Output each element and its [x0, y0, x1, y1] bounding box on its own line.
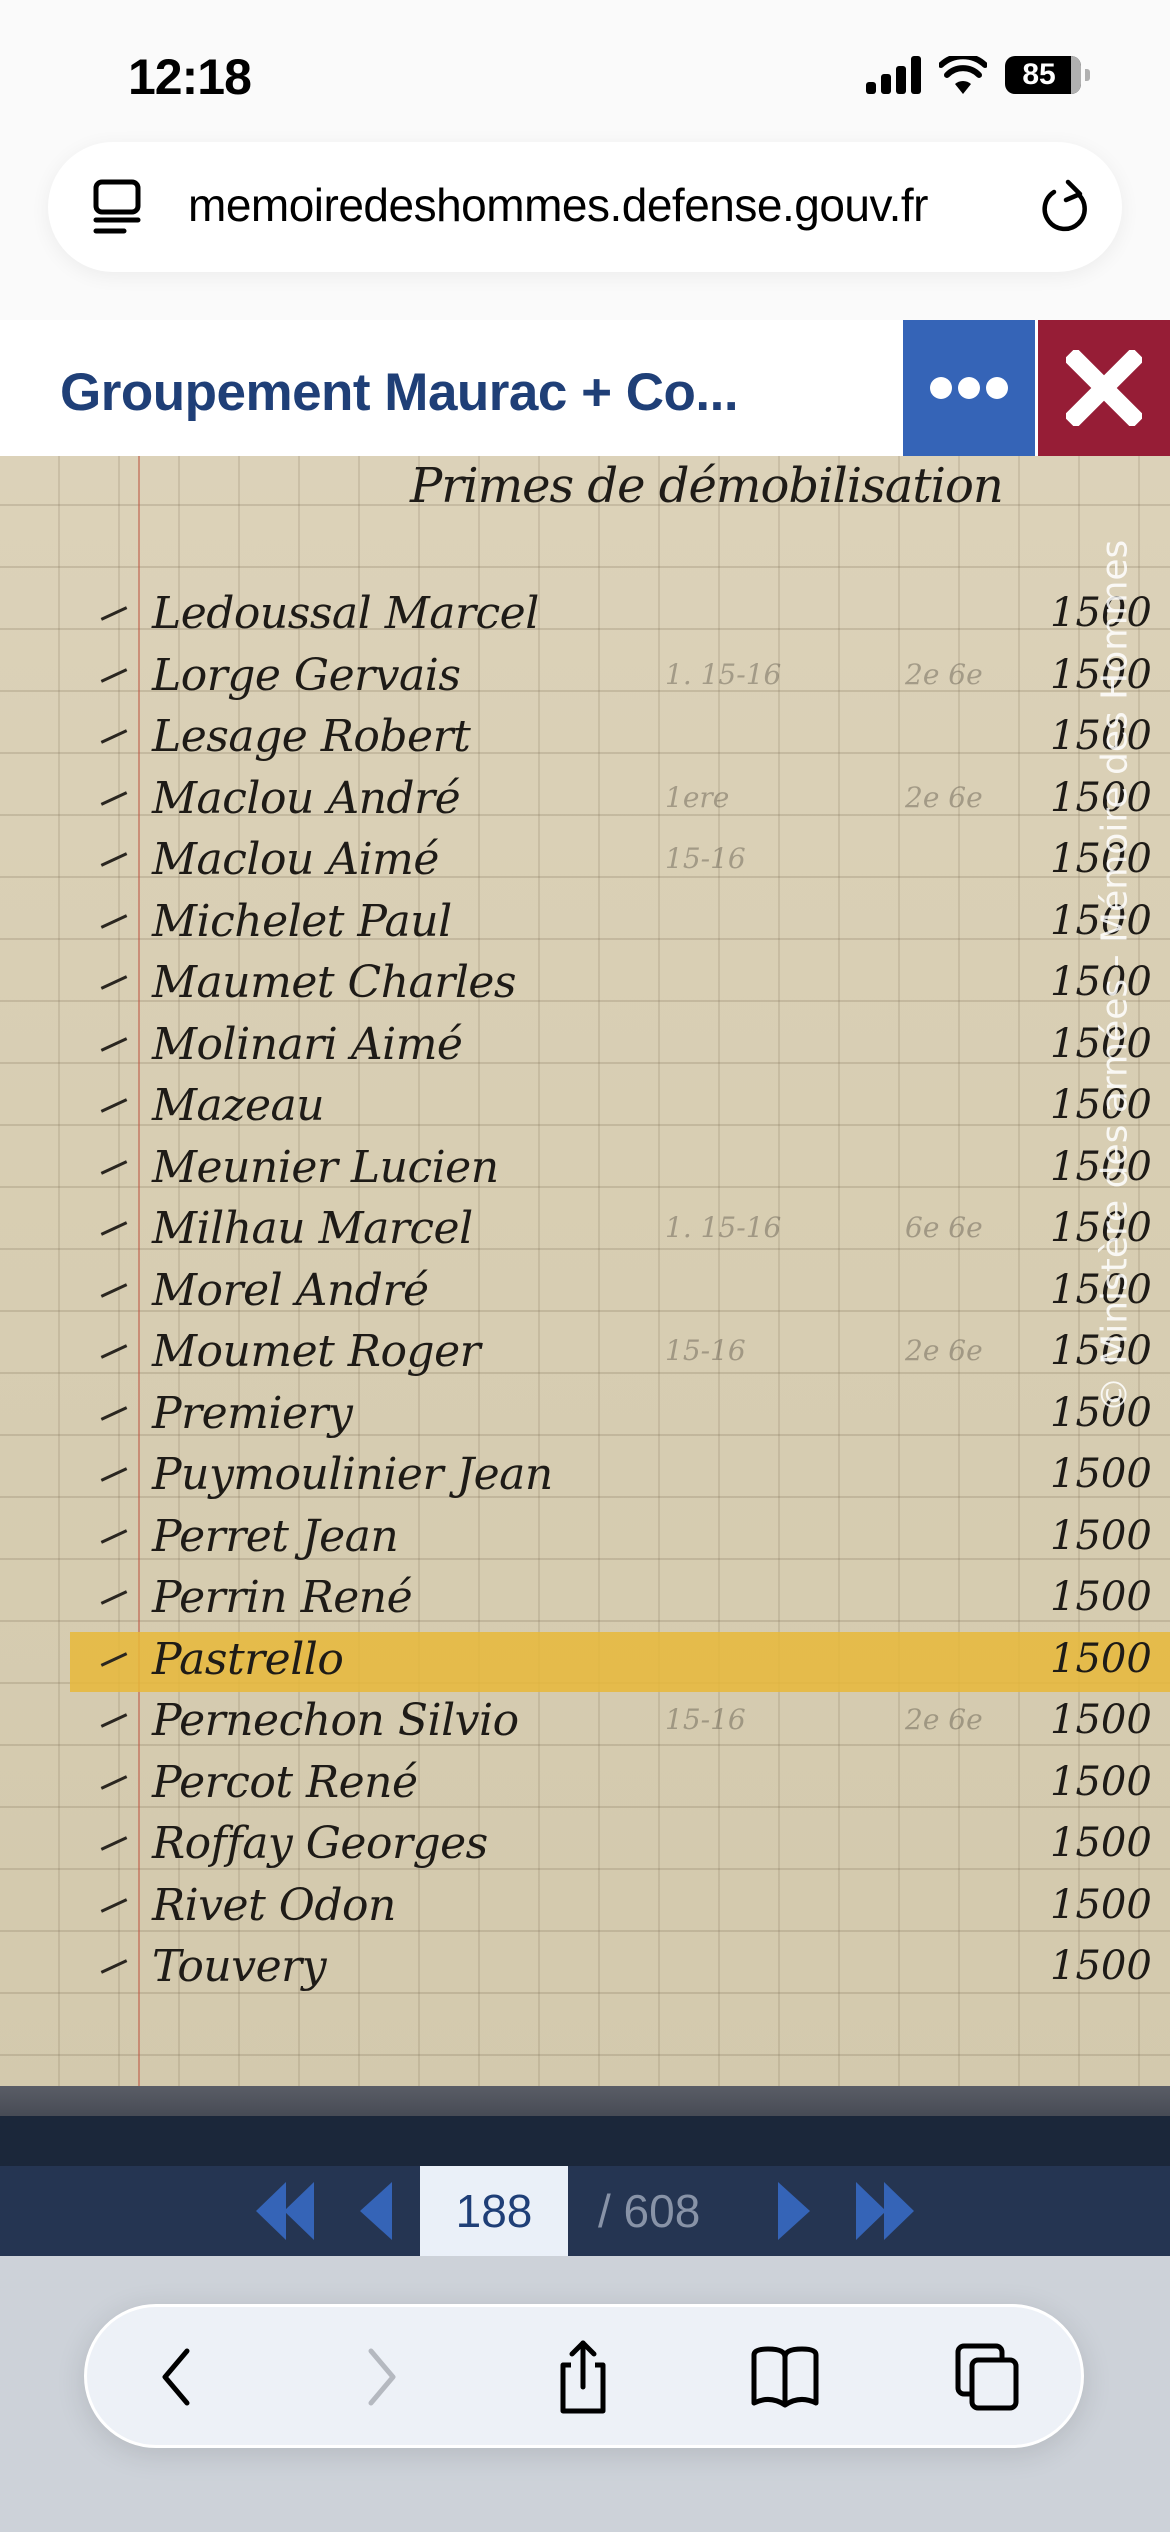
close-icon — [1066, 350, 1142, 426]
register-row: Roffay Georges1500 — [0, 1816, 1170, 1876]
highlighted-register-row: Pastrello1500 — [70, 1632, 1170, 1692]
status-bar: 12:18 85 — [0, 0, 1170, 140]
tabs-button[interactable] — [947, 2337, 1027, 2417]
book-icon — [750, 2345, 820, 2409]
row-name: Perret Jean — [152, 1511, 398, 1562]
row-amount: 1500 — [1050, 1513, 1152, 1559]
browser-toolbar — [84, 2304, 1084, 2448]
row-name: Pastrello — [152, 1634, 343, 1685]
row-amount: 1500 — [1050, 1882, 1152, 1928]
row-date: 1. 15-16 — [665, 658, 781, 691]
row-name: Mazeau — [152, 1080, 324, 1131]
paginator: 188 / 608 — [0, 2166, 1170, 2256]
battery-tip — [1085, 69, 1090, 81]
row-amount: 1500 — [1050, 1636, 1152, 1682]
back-button[interactable] — [137, 2337, 217, 2417]
register-row: Molinari Aimé1500 — [0, 1017, 1170, 1077]
chevron-right-icon — [361, 2347, 401, 2407]
wifi-icon — [939, 56, 987, 94]
reload-icon[interactable] — [1038, 178, 1094, 238]
first-page-icon — [254, 2180, 318, 2242]
battery-level: 85 — [1022, 58, 1055, 92]
row-name: Molinari Aimé — [152, 1019, 462, 1070]
page-edge — [0, 2086, 1170, 2116]
share-button[interactable] — [543, 2337, 623, 2417]
copyright-watermark: © Ministère des armées - Mémoire des Hom… — [1085, 556, 1145, 1396]
document-viewer[interactable]: Primes de démobilisation Ledoussal Marce… — [0, 456, 1170, 2116]
address-bar[interactable]: memoiredeshommes.defense.gouv.fr — [48, 142, 1122, 272]
tick-mark — [101, 668, 128, 683]
row-name: Meunier Lucien — [152, 1142, 499, 1193]
row-rank: 2e 6e — [905, 1334, 983, 1367]
cellular-signal-icon — [866, 56, 921, 94]
page-total: / 608 — [598, 2184, 700, 2238]
row-name: Moumet Roger — [152, 1326, 480, 1377]
pager-spacer — [0, 2116, 1170, 2166]
forward-button[interactable] — [341, 2337, 421, 2417]
dot — [986, 377, 1008, 399]
register-row: Milhau Marcel1. 15-166e 6e1500 — [0, 1201, 1170, 1261]
register-row: Lorge Gervais1. 15-162e 6e1500 — [0, 648, 1170, 708]
tick-mark — [101, 1590, 128, 1605]
row-date: 1ere — [665, 781, 729, 814]
register-row: Michelet Paul1500 — [0, 894, 1170, 954]
row-date: 15-16 — [665, 1703, 746, 1736]
row-date: 1. 15-16 — [665, 1211, 781, 1244]
row-name: Lorge Gervais — [152, 650, 460, 701]
row-name: Pernechon Silvio — [152, 1695, 519, 1746]
tick-mark — [101, 1160, 128, 1175]
status-time: 12:18 — [128, 48, 251, 106]
tick-mark — [101, 1775, 128, 1790]
tick-mark — [101, 1467, 128, 1482]
tick-mark — [101, 1098, 128, 1113]
tick-mark — [101, 1406, 128, 1421]
next-page-button[interactable] — [776, 2180, 812, 2242]
row-amount: 1500 — [1050, 1451, 1152, 1497]
register-row: Morel André1500 — [0, 1263, 1170, 1323]
tick-mark — [101, 975, 128, 990]
previous-page-button[interactable] — [358, 2180, 394, 2242]
register-row: Maclou André1ere2e 6e1500 — [0, 771, 1170, 831]
row-rank: 6e 6e — [905, 1211, 983, 1244]
row-name: Maumet Charles — [152, 957, 516, 1008]
register-row: Lesage Robert1500 — [0, 709, 1170, 769]
row-name: Maclou André — [152, 773, 460, 824]
dot — [958, 377, 980, 399]
register-row: Perrin René1500 — [0, 1570, 1170, 1630]
row-name: Touvery — [152, 1941, 326, 1992]
bookmarks-button[interactable] — [745, 2337, 825, 2417]
page-title: Groupement Maurac + Co... — [60, 362, 738, 423]
row-name: Milhau Marcel — [152, 1203, 473, 1254]
dot — [930, 377, 952, 399]
row-date: 15-16 — [665, 842, 746, 875]
battery-icon: 85 — [1005, 56, 1081, 94]
register-row: Puymoulinier Jean1500 — [0, 1447, 1170, 1507]
tabs-icon — [952, 2342, 1022, 2412]
row-name: Roffay Georges — [152, 1818, 488, 1869]
tick-mark — [101, 1283, 128, 1298]
previous-page-icon — [358, 2180, 394, 2242]
tick-mark — [101, 1652, 128, 1667]
row-name: Puymoulinier Jean — [152, 1449, 553, 1500]
tick-mark — [101, 1713, 128, 1728]
tick-mark — [101, 1344, 128, 1359]
last-page-button[interactable] — [852, 2180, 916, 2242]
tick-mark — [101, 1529, 128, 1544]
register-row: Premiery1500 — [0, 1386, 1170, 1446]
tick-mark — [101, 791, 128, 806]
first-page-button[interactable] — [254, 2180, 318, 2242]
tick-mark — [101, 852, 128, 867]
row-name: Perrin René — [152, 1572, 412, 1623]
register-row: Maumet Charles1500 — [0, 955, 1170, 1015]
page-number-input[interactable]: 188 — [420, 2166, 568, 2256]
register-row: Touvery1500 — [0, 1939, 1170, 1999]
row-name: Premiery — [152, 1388, 352, 1439]
tick-mark — [101, 1221, 128, 1236]
row-amount: 1500 — [1050, 1943, 1152, 1989]
row-name: Michelet Paul — [152, 896, 452, 947]
close-button[interactable] — [1038, 320, 1170, 456]
row-amount: 1500 — [1050, 1820, 1152, 1866]
register-row: Percot René1500 — [0, 1755, 1170, 1815]
row-amount: 1500 — [1050, 1759, 1152, 1805]
url-text[interactable]: memoiredeshommes.defense.gouv.fr — [188, 178, 928, 232]
register-row: Pernechon Silvio15-162e 6e1500 — [0, 1693, 1170, 1753]
row-amount: 1500 — [1050, 1574, 1152, 1620]
tick-mark — [101, 1898, 128, 1913]
page-menu-icon[interactable] — [92, 178, 142, 236]
register-row: Mazeau1500 — [0, 1078, 1170, 1138]
register-row: Rivet Odon1500 — [0, 1878, 1170, 1938]
share-icon — [553, 2339, 613, 2415]
register-row: Maclou Aimé15-161500 — [0, 832, 1170, 892]
row-name: Morel André — [152, 1265, 429, 1316]
row-date: 15-16 — [665, 1334, 746, 1367]
row-name: Ledoussal Marcel — [152, 588, 539, 639]
row-amount: 1500 — [1050, 1697, 1152, 1743]
row-name: Lesage Robert — [152, 711, 470, 762]
status-icons: 85 — [866, 56, 1090, 94]
tick-mark — [101, 1037, 128, 1052]
row-name: Rivet Odon — [152, 1880, 396, 1931]
app-header: Groupement Maurac + Co... — [0, 320, 1170, 456]
tick-mark — [101, 914, 128, 929]
row-rank: 2e 6e — [905, 1703, 983, 1736]
last-page-icon — [852, 2180, 916, 2242]
row-rank: 2e 6e — [905, 781, 983, 814]
row-name: Maclou Aimé — [152, 834, 439, 885]
tick-mark — [101, 606, 128, 621]
tick-mark — [101, 1836, 128, 1851]
document-heading: Primes de démobilisation — [410, 458, 1003, 514]
row-rank: 2e 6e — [905, 658, 983, 691]
register-row: Moumet Roger15-162e 6e1500 — [0, 1324, 1170, 1384]
register-row: Perret Jean1500 — [0, 1509, 1170, 1569]
row-name: Percot René — [152, 1757, 418, 1808]
tick-mark — [101, 1959, 128, 1974]
next-page-icon — [776, 2180, 812, 2242]
register-row: Meunier Lucien1500 — [0, 1140, 1170, 1200]
more-options-button[interactable] — [903, 320, 1035, 456]
tick-mark — [101, 729, 128, 744]
chevron-left-icon — [157, 2347, 197, 2407]
register-row: Ledoussal Marcel1500 — [0, 586, 1170, 646]
